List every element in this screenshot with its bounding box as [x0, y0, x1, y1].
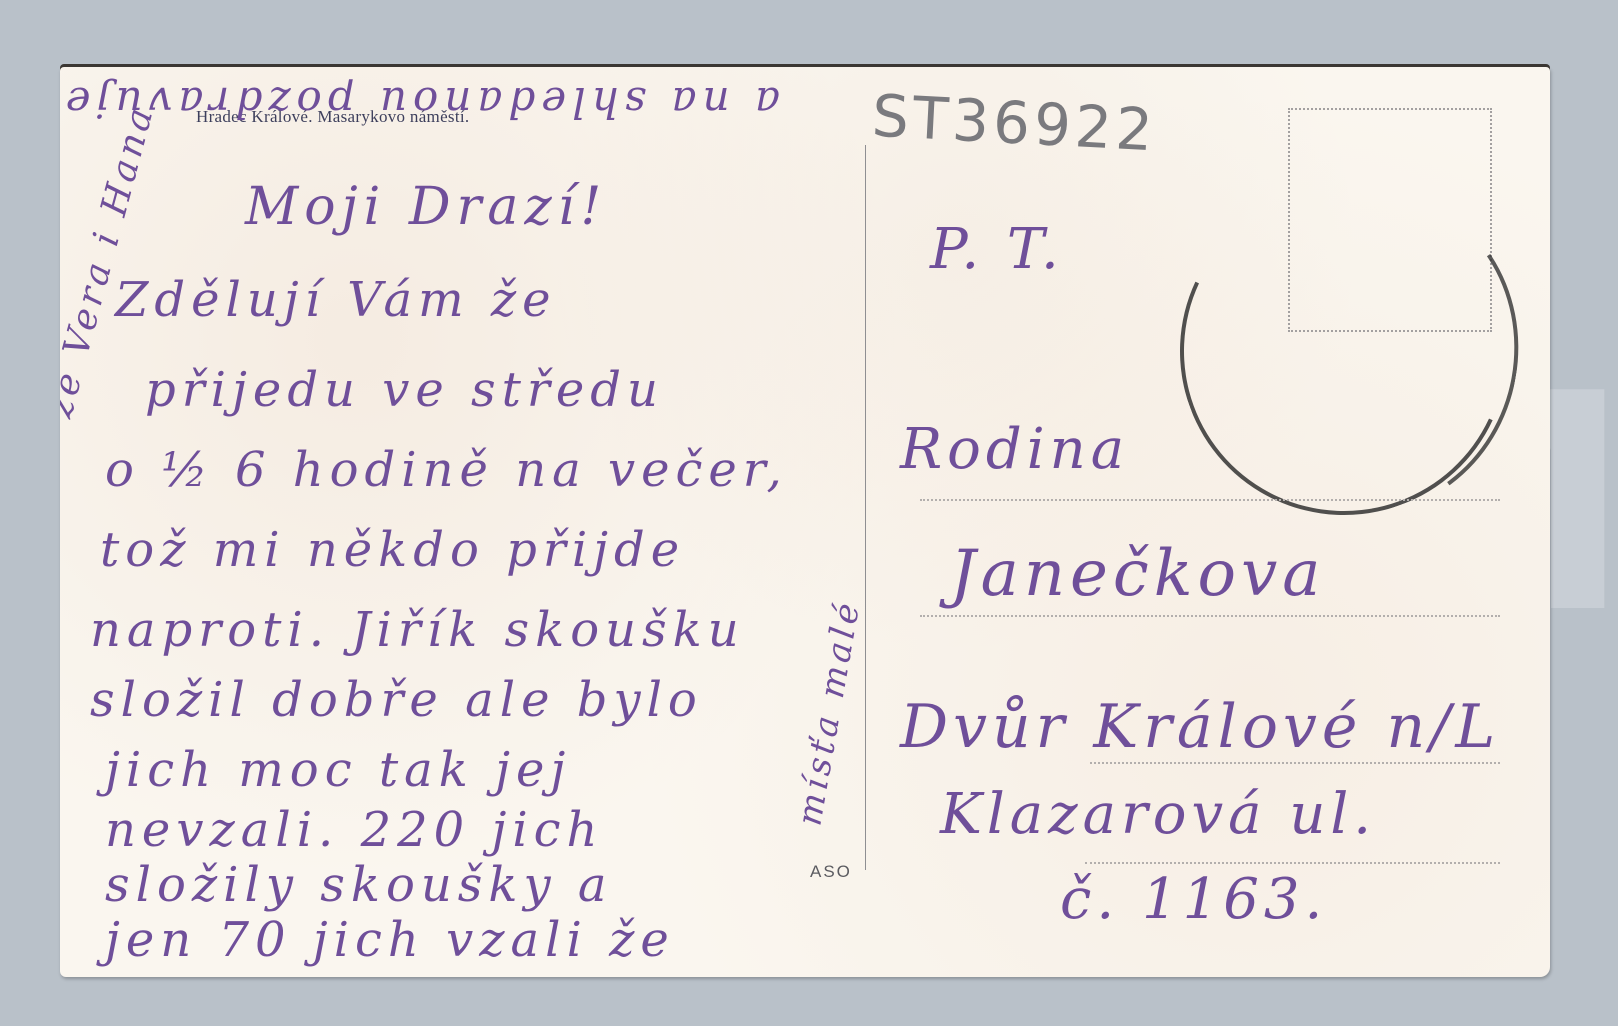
message-line-7: jich moc tak jej: [105, 742, 571, 798]
message-line-2: přijedu ve středu: [145, 362, 664, 418]
greeting: Moji Drazí!: [245, 177, 607, 237]
address-dotted-line-3: [1090, 762, 1500, 764]
divider-note: mísťa malé: [789, 596, 868, 828]
postcard-back: Hradec Králové. Masarykovo náměstí. a na…: [60, 67, 1550, 977]
message-line-9: složily skoušky a: [105, 857, 613, 913]
address-dotted-line-2: [920, 615, 1500, 617]
upside-down-note: a na shledanou pozdravujeme: [60, 78, 780, 127]
address-line-4: Klazarová ul.: [940, 782, 1376, 847]
message-line-10: jen 70 jich vzali že: [105, 912, 675, 968]
address-line-3: Dvůr Králové n/L: [900, 692, 1500, 762]
message-line-3: o ½ 6 hodině na večer,: [105, 442, 788, 498]
address-divider: [865, 145, 866, 870]
address-dotted-line-4: [1085, 862, 1500, 864]
address-line-2: Janečkova: [950, 537, 1325, 611]
message-line-1: Zdělují Vám že: [115, 272, 557, 328]
address-salutation: P. T.: [930, 217, 1064, 282]
publisher-mark: ASO: [810, 862, 852, 882]
inventory-code: ST36922: [870, 82, 1158, 165]
message-line-6: složil dobře ale bylo: [90, 672, 703, 728]
message-line-4: tož mi někdo přijde: [100, 522, 685, 578]
message-line-8: nevzali. 220 jich: [105, 802, 603, 858]
address-line-5: č. 1163.: [1060, 867, 1327, 932]
message-line-5: naproti. Jiřík skoušku: [90, 602, 745, 658]
address-dotted-line-1: [920, 499, 1500, 501]
address-line-1: Rodina: [900, 417, 1129, 482]
